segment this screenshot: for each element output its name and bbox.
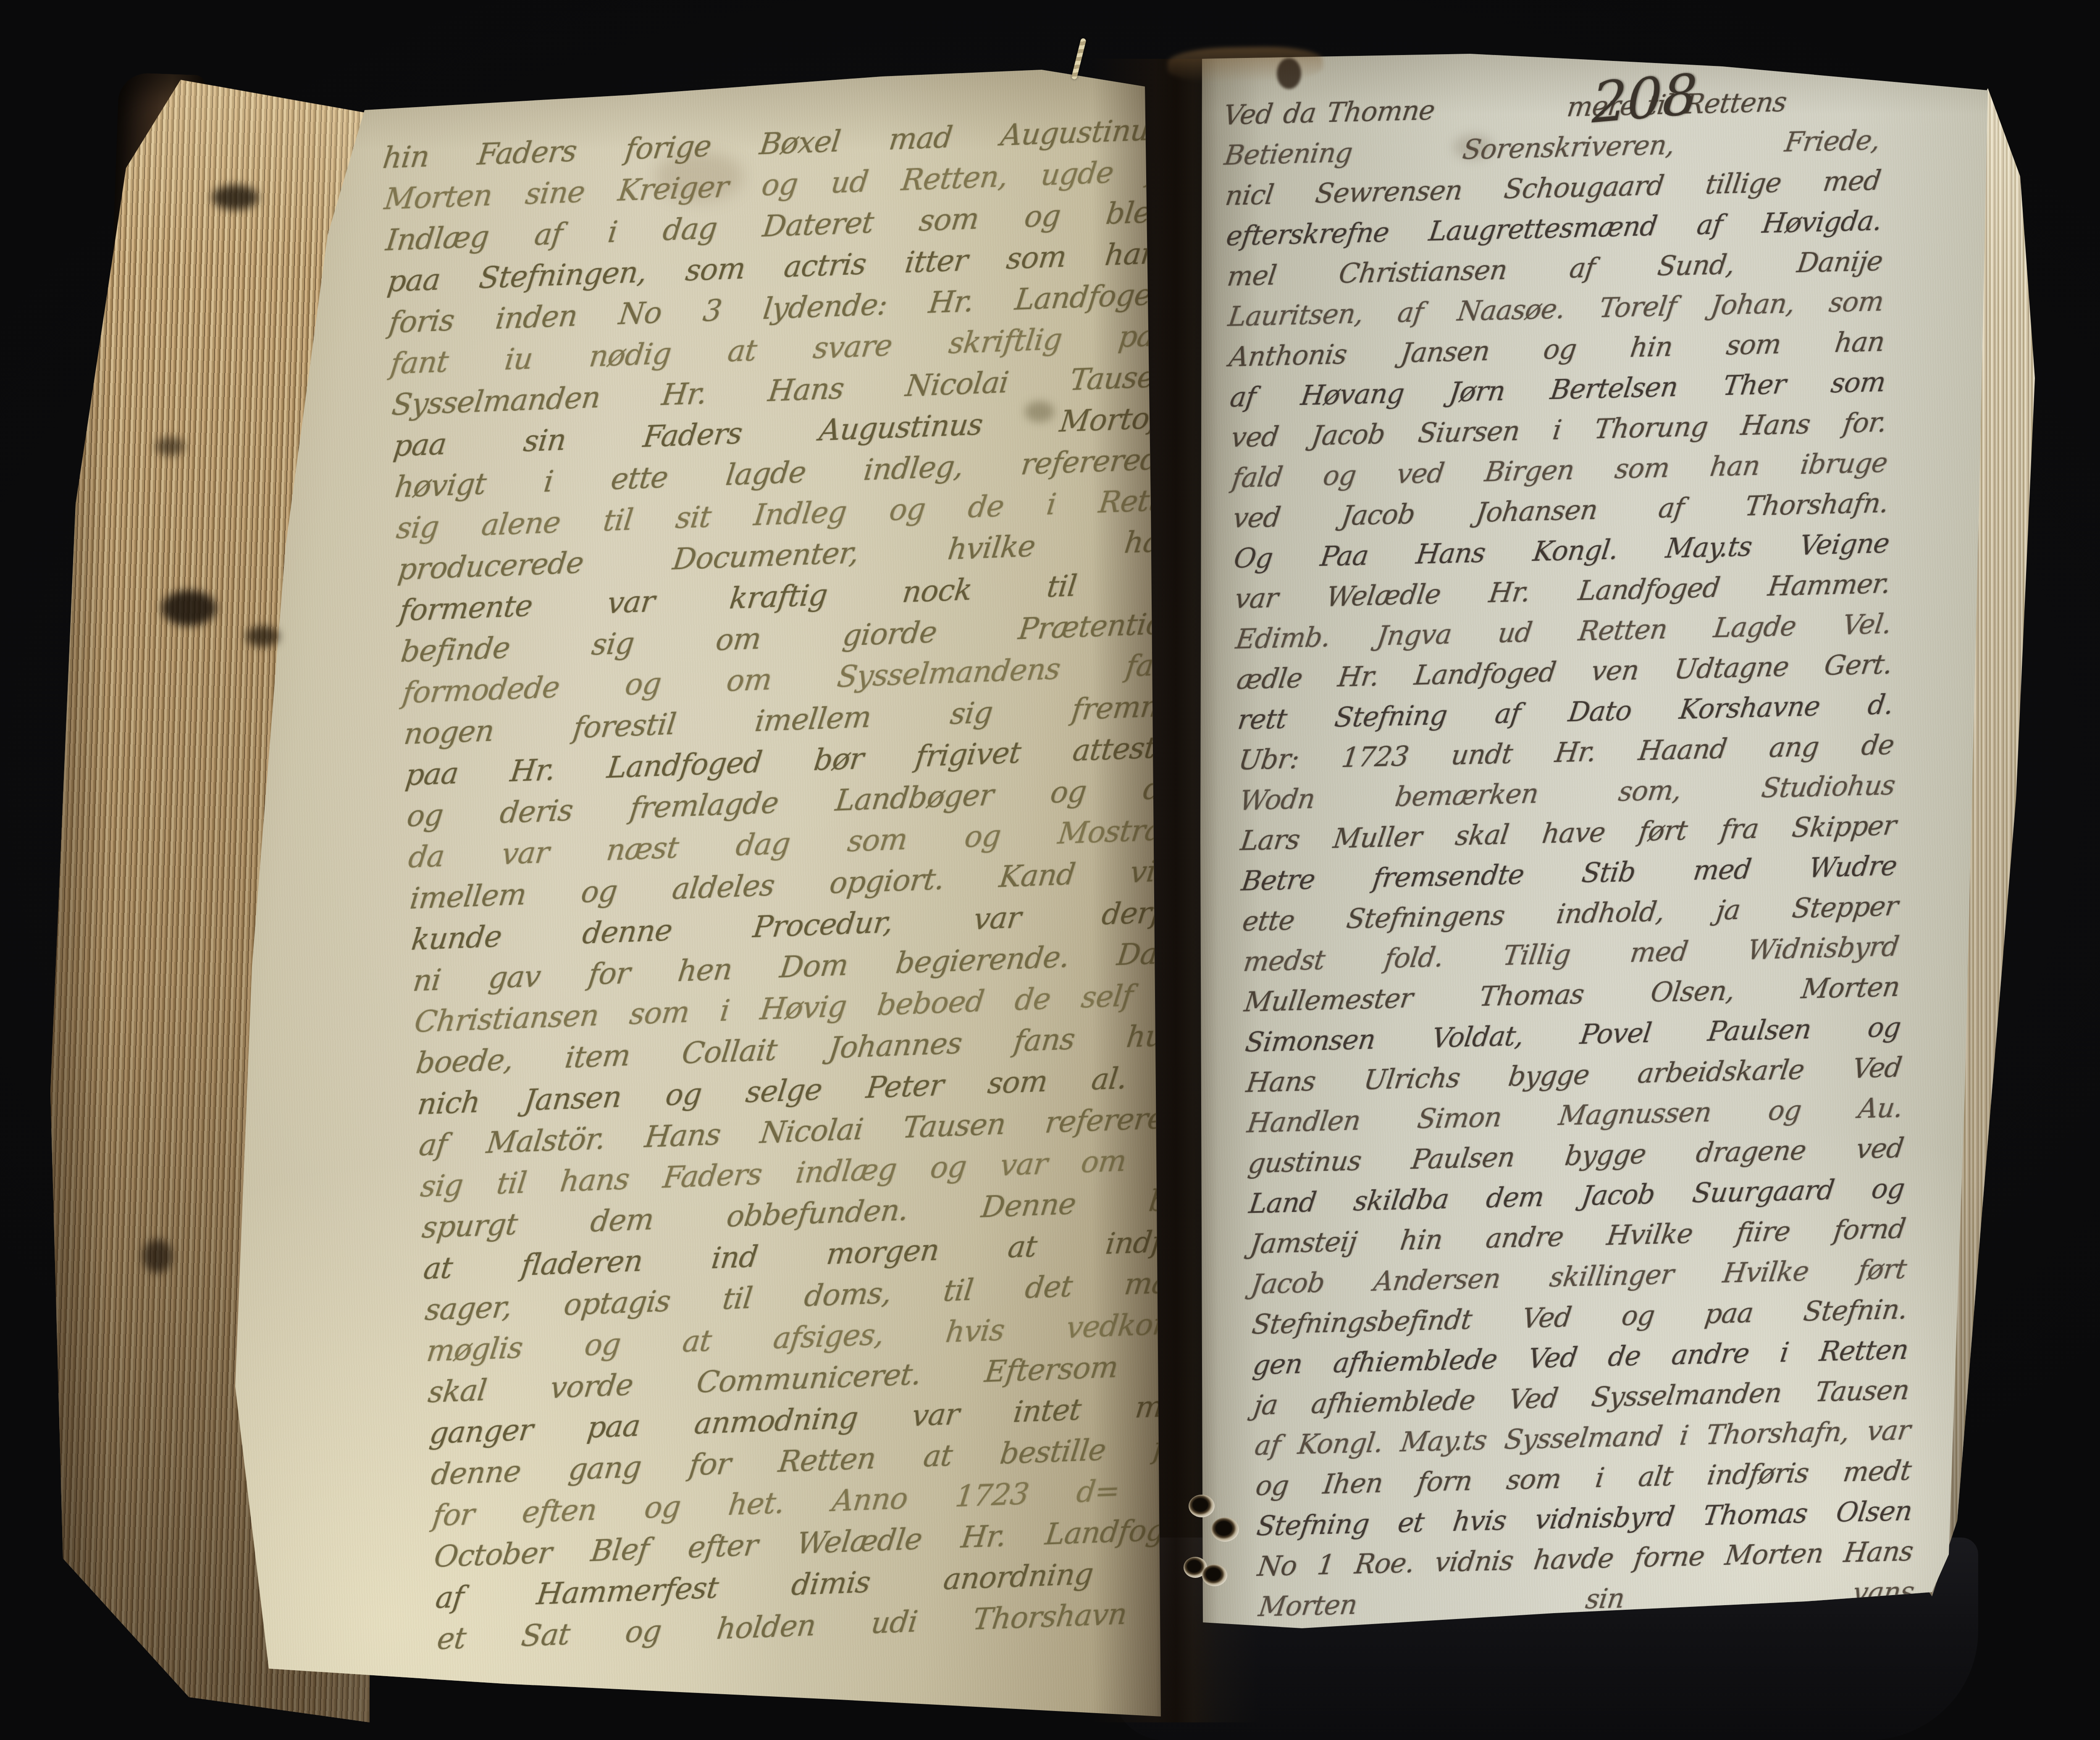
page-number: 208: [1591, 62, 1698, 136]
left-page: hin Faders forige Bøxel mad AugustinusMo…: [218, 67, 1168, 1722]
left-page-handwriting: hin Faders forige Bøxel mad AugustinusMo…: [382, 109, 1219, 1660]
ink-stain: [143, 1239, 172, 1273]
worm-hole: [1189, 1495, 1215, 1517]
ink-stain: [212, 185, 258, 210]
bookmark-thread: [1071, 38, 1087, 80]
paper-smudge: [655, 151, 743, 202]
ink-stain: [1277, 58, 1301, 89]
right-page: Ved da Thomne mere til RettensBetiening …: [1184, 50, 2008, 1647]
ink-stain: [155, 437, 185, 456]
worm-hole: [1202, 1564, 1227, 1586]
ink-stain: [1025, 401, 1054, 422]
archival-photo: hin Faders forige Bøxel mad AugustinusMo…: [0, 0, 2100, 1740]
ink-stain: [246, 626, 279, 647]
right-page-handwriting: Ved da Thomne mere til RettensBetiening …: [1223, 80, 1914, 1628]
worm-hole: [1211, 1517, 1239, 1542]
ink-stain: [162, 590, 216, 626]
paper-smudge: [1453, 134, 1493, 160]
